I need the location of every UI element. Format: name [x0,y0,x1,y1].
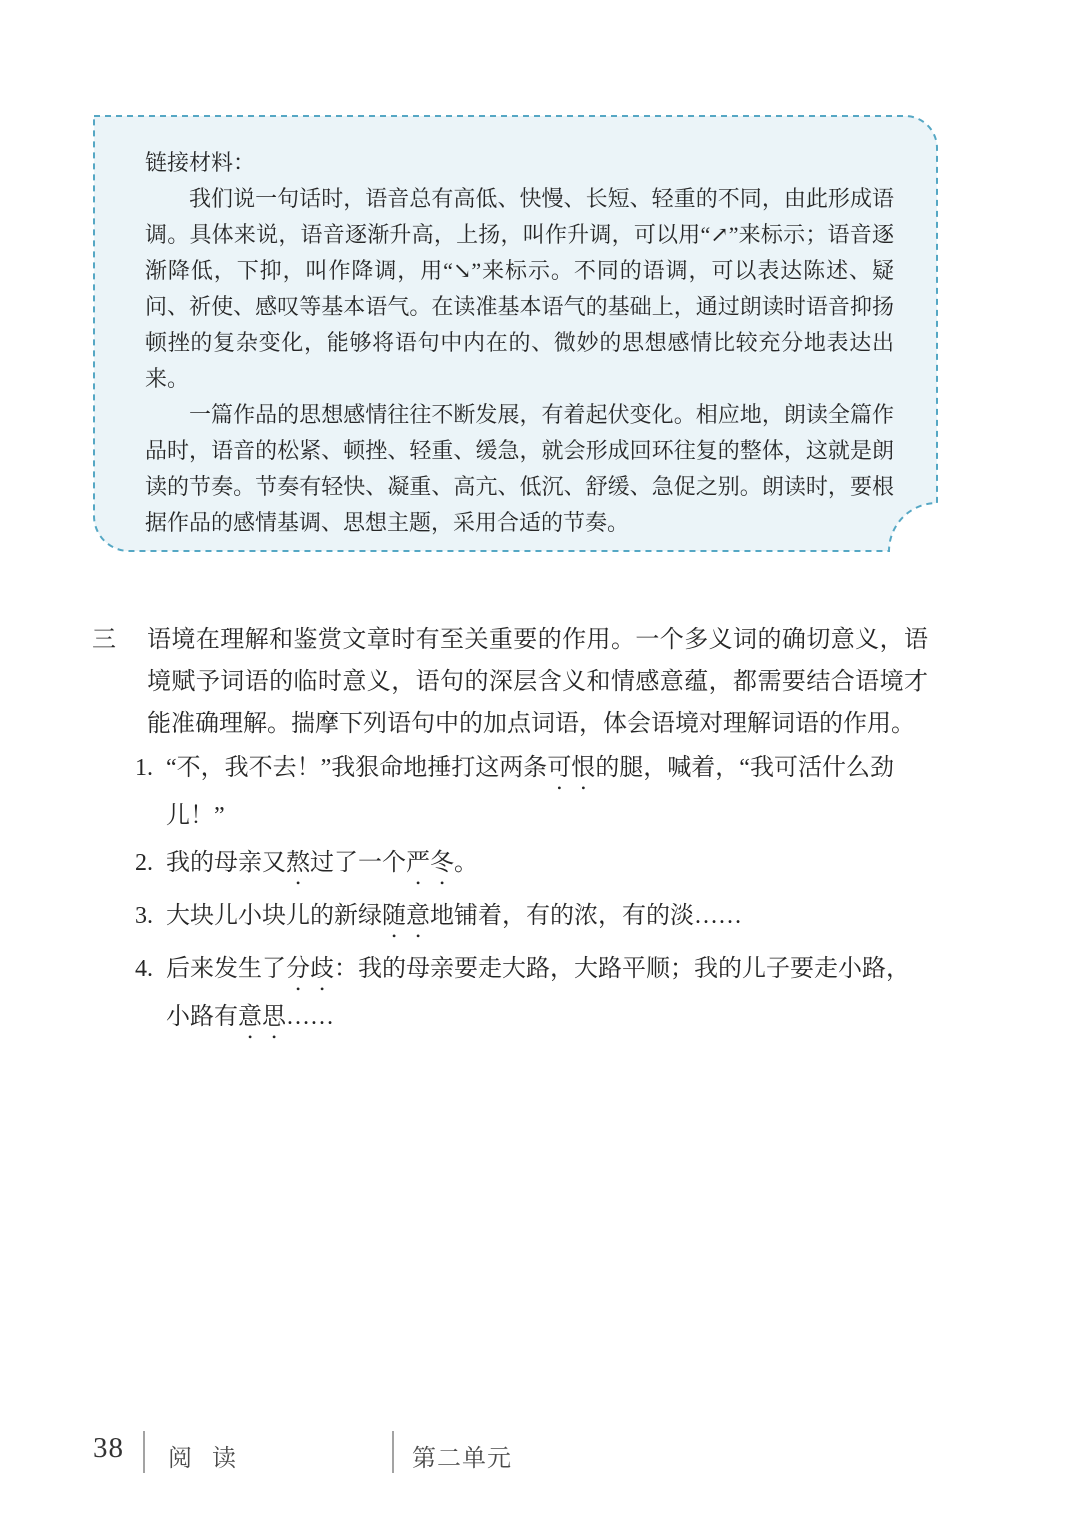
item-text-segment: 过了一个 [310,850,406,876]
item-text-segment: …… [286,1004,334,1030]
emphasized-word: 可恨 [547,755,595,781]
emphasized-word: 意思 [238,1004,286,1030]
exercise-item-3: 3.大块儿小块儿的新绿随意地铺着，有的浓，有的淡…… [135,895,928,943]
link-material-box: 链接材料： 我们说一句话时，语音总有高低、快慢、长短、轻重的不同，由此形成语调。… [93,115,938,552]
exercise-item-list: 1.“不，我不去！”我狠命地捶打这两条可恨的腿，喊着，“我可活什么劲儿！” 2.… [135,747,928,1044]
item-number: 3. [135,895,166,937]
emphasized-word: 严冬 [406,850,454,876]
footer-unit-label: 第二单元 [412,1438,512,1473]
page-number: 38 [93,1432,124,1465]
footer-reading-label: 阅读 [168,1438,256,1473]
item-text-segment: 后来发生了 [166,956,286,982]
emphasized-word: 分歧 [286,956,334,982]
textbook-page: 链接材料： 我们说一句话时，语音总有高低、快慢、长短、轻重的不同，由此形成语调。… [0,0,1080,1526]
exercise-item-4: 4.后来发生了分歧：我的母亲要走大路，大路平顺；我的儿子要走小路，小路有意思…… [135,948,928,1044]
item-text-segment: 。 [454,850,478,876]
item-text-segment: 我的母亲又 [166,850,286,876]
item-number: 1. [135,747,166,789]
item-text-segment: 大块儿小块儿的新绿 [166,903,382,929]
footer-divider [143,1431,145,1473]
link-box-paragraph-2: 一篇作品的思想感情往往不断发展，有着起伏变化。相应地，朗读全篇作品时，语音的松紧… [145,397,894,541]
emphasized-word: 熬 [286,850,310,876]
exercise-body: 语境在理解和鉴赏文章时有至关重要的作用。一个多义词的确切意义，语境赋予词语的临时… [147,619,928,1049]
exercise-number-marker: 三 [92,619,147,661]
exercise-intro: 语境在理解和鉴赏文章时有至关重要的作用。一个多义词的确切意义，语境赋予词语的临时… [147,619,928,745]
emphasized-word: 随意 [382,903,430,929]
link-box-paragraph-1: 我们说一句话时，语音总有高低、快慢、长短、轻重的不同，由此形成语调。具体来说，语… [145,181,894,397]
exercise-section-three: 三 语境在理解和鉴赏文章时有至关重要的作用。一个多义词的确切意义，语境赋予词语的… [92,619,928,1049]
page-footer: 38 阅读 第二单元 [93,1430,987,1474]
link-box-content: 链接材料： 我们说一句话时，语音总有高低、快慢、长短、轻重的不同，由此形成语调。… [93,115,938,541]
link-box-label: 链接材料： [145,145,894,181]
exercise-item-1: 1.“不，我不去！”我狠命地捶打这两条可恨的腿，喊着，“我可活什么劲儿！” [135,747,928,837]
item-number: 4. [135,948,166,990]
item-text-segment: “不，我不去！”我狠命地捶打这两条 [166,755,547,781]
footer-divider [392,1431,394,1473]
item-number: 2. [135,842,166,884]
item-text-segment: 地铺着，有的浓，有的淡…… [430,903,742,929]
exercise-item-2: 2.我的母亲又熬过了一个严冬。 [135,842,928,890]
